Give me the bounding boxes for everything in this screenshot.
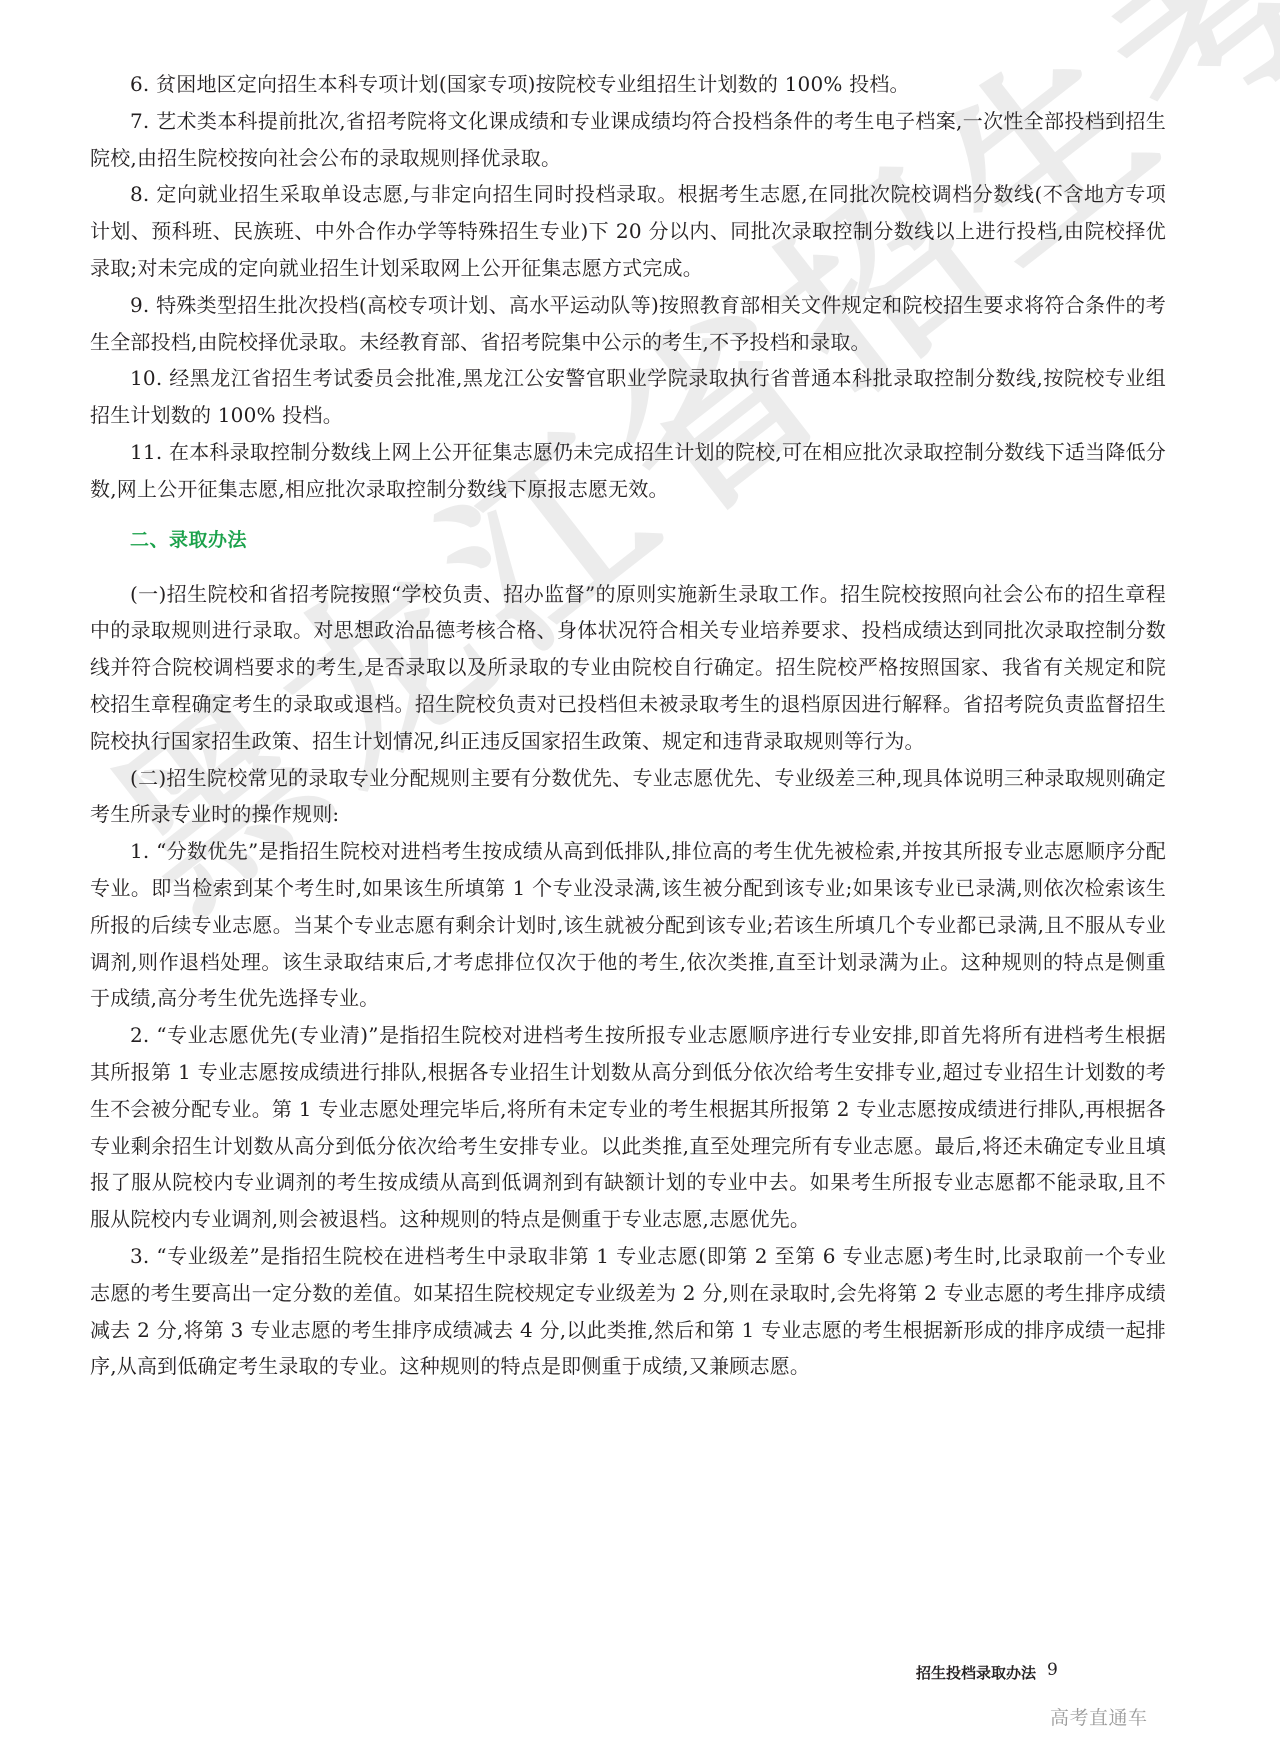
- rule-score-priority: 1. “分数优先”是指招生院校对进档考生按成绩从高到低排队,排位高的考生优先被检…: [90, 833, 1166, 1017]
- page-number: 9: [1047, 1660, 1058, 1680]
- rule-item-11: 11. 在本科录取控制分数线上网上公开征集志愿仍未完成招生计划的院校,可在相应批…: [90, 434, 1166, 508]
- page-content: 6. 贫困地区定向招生本科专项计划(国家专项)按院校专业组招生计划数的 100%…: [90, 66, 1166, 1385]
- rule-item-8: 8. 定向就业招生采取单设志愿,与非定向招生同时投档录取。根据考生志愿,在同批次…: [90, 176, 1166, 286]
- rule-major-preference-priority: 2. “专业志愿优先(专业清)”是指招生院校对进档考生按所报专业志愿顺序进行专业…: [90, 1017, 1166, 1238]
- rule-item-7: 7. 艺术类本科提前批次,省招考院将文化课成绩和专业课成绩均符合投档条件的考生电…: [90, 103, 1166, 177]
- rule-major-grade-difference: 3. “专业级差”是指招生院校在进档考生中录取非第 1 专业志愿(即第 2 至第…: [90, 1238, 1166, 1385]
- document-page: 黑龙江省招生考试院 6. 贫困地区定向招生本科专项计划(国家专项)按院校专业组招…: [0, 0, 1280, 1737]
- rule-item-10: 10. 经黑龙江省招生考试委员会批准,黑龙江公安警官职业学院录取执行省普通本科批…: [90, 360, 1166, 434]
- section-paragraph-1: (一)招生院校和省招考院按照“学校负责、招办监督”的原则实施新生录取工作。招生院…: [90, 576, 1166, 760]
- brand-watermark: 高考直通车: [1050, 1703, 1148, 1730]
- running-title: 招生投档录取办法: [916, 1662, 1036, 1683]
- section-paragraph-2: (二)招生院校常见的录取专业分配规则主要有分数优先、专业志愿优先、专业级差三种,…: [90, 760, 1166, 834]
- rule-item-6: 6. 贫困地区定向招生本科专项计划(国家专项)按院校专业组招生计划数的 100%…: [90, 66, 1166, 103]
- rule-item-9: 9. 特殊类型招生批次投档(高校专项计划、高水平运动队等)按照教育部相关文件规定…: [90, 287, 1166, 361]
- section-heading: 二、录取办法: [130, 522, 1166, 558]
